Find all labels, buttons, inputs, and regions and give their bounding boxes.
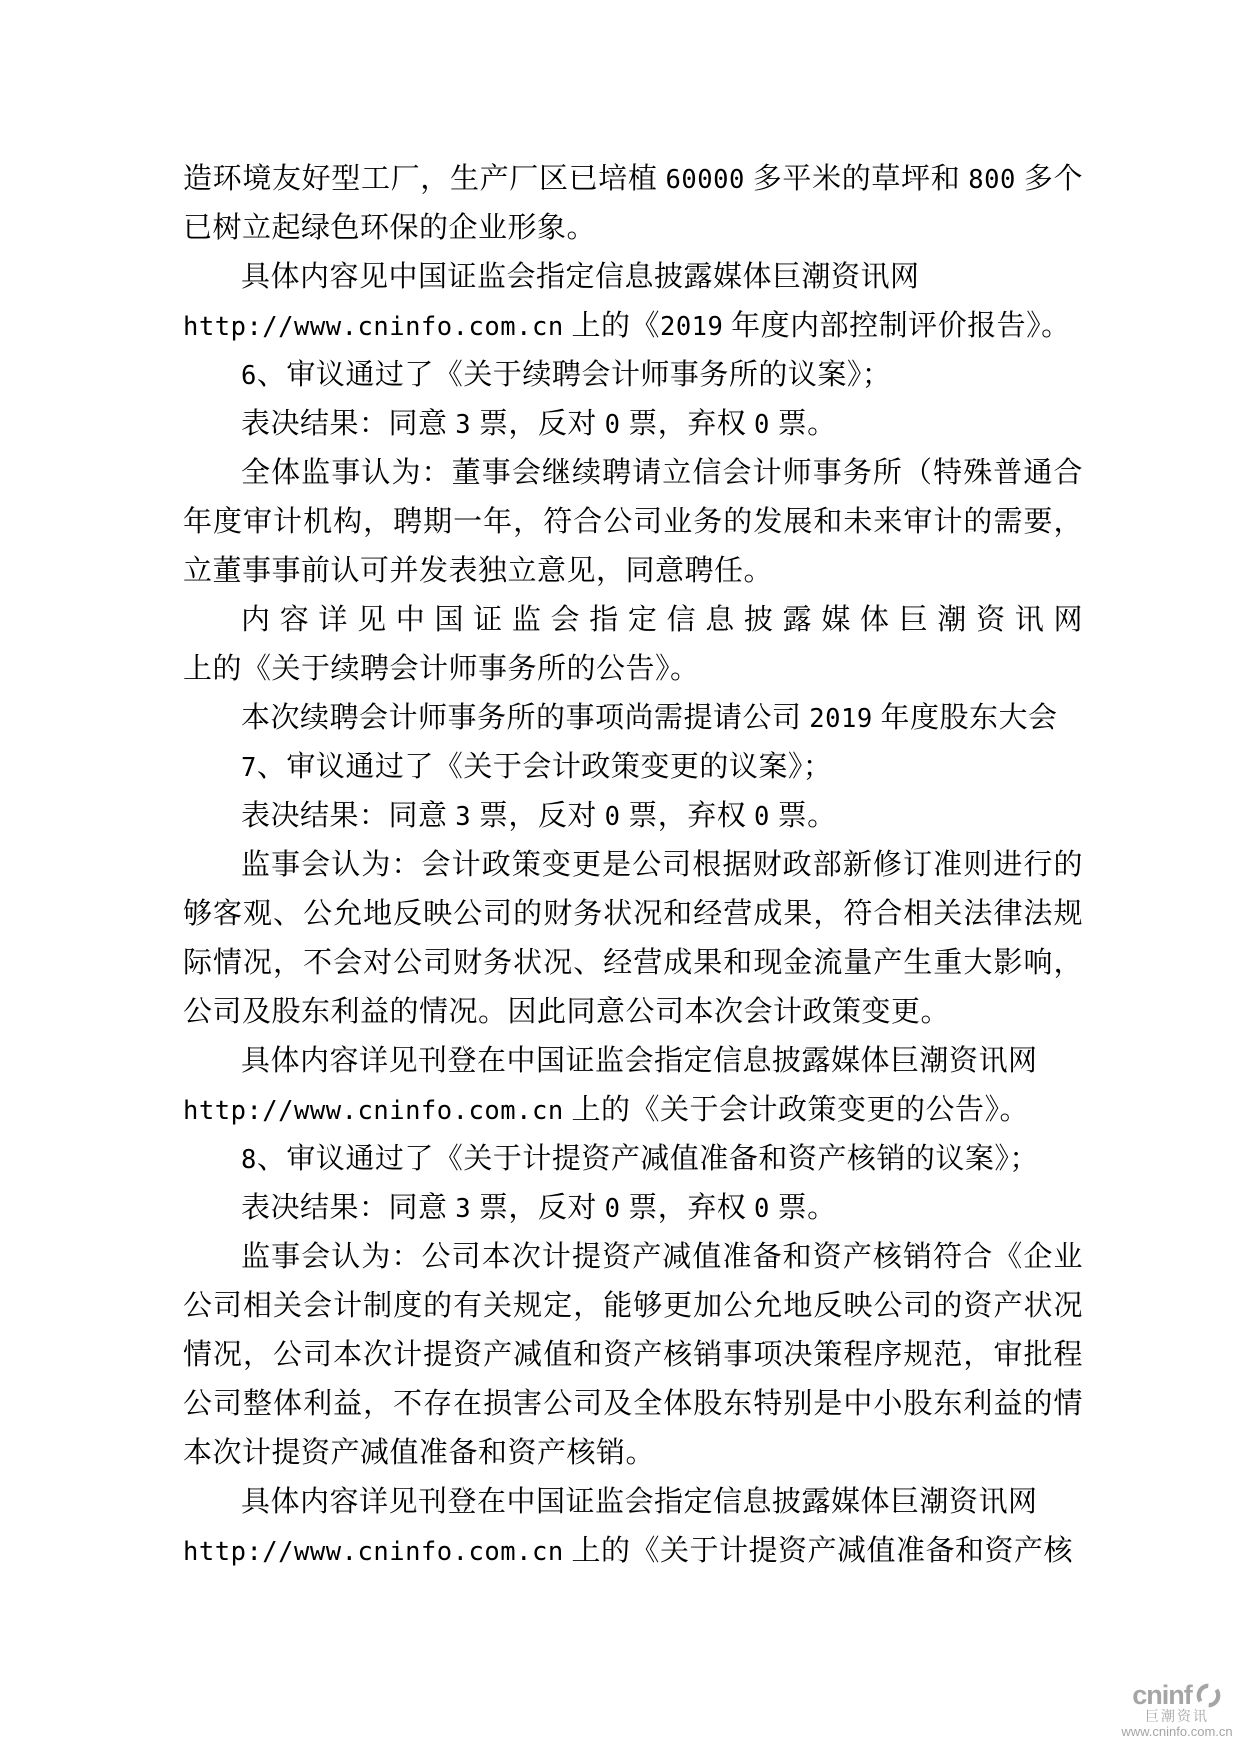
text-line: 已树立起绿色环保的企业形象。 — [183, 204, 1083, 253]
text-line: 表决结果：同意 3 票，反对 0 票，弃权 0 票。 — [183, 1184, 1083, 1233]
text-line: http://www.cninfo.com.cn 上的《关于会计政策变更的公告》… — [183, 1086, 1083, 1135]
text-line: 立董事事前认可并发表独立意见，同意聘任。 — [183, 547, 1083, 596]
text-line: 情况，公司本次计提资产减值和资产核销事项决策程序规范，审批程序合法，符合 — [183, 1331, 1083, 1380]
text-line: 表决结果：同意 3 票，反对 0 票，弃权 0 票。 — [183, 792, 1083, 841]
document-body: 造环境友好型工厂，生产厂区已培植 60000 多平米的草坪和 800 多个绿化带… — [183, 155, 1083, 1576]
text-line: 具体内容详见刊登在中国证监会指定信息披露媒体巨潮资讯网 — [183, 1037, 1083, 1086]
text-line: 际情况，不会对公司财务状况、经营成果和现金流量产生重大影响，亦不存在损害 — [183, 939, 1083, 988]
cninfo-brand-text: cninf — [1132, 1682, 1192, 1708]
text-line: 内容详见中国证监会指定信息披露媒体巨潮资讯网 http://www.cninfo… — [183, 596, 1083, 645]
document-page: 造环境友好型工厂，生产厂区已培植 60000 多平米的草坪和 800 多个绿化带… — [0, 0, 1241, 1754]
text-line: 够客观、公允地反映公司的财务状况和经营成果，符合相关法律法规规定和公司实 — [183, 890, 1083, 939]
text-line: 监事会认为：会计政策变更是公司根据财政部新修订准则进行的合理变更，能 — [183, 841, 1083, 890]
text-line: 6、审议通过了《关于续聘会计师事务所的议案》； — [183, 351, 1083, 400]
text-line: 8、审议通过了《关于计提资产减值准备和资产核销的议案》； — [183, 1135, 1083, 1184]
text-line: 本次续聘会计师事务所的事项尚需提请公司 2019 年度股东大会审议。 — [183, 694, 1083, 743]
text-line: http://www.cninfo.com.cn 上的《2019 年度内部控制评… — [183, 302, 1083, 351]
text-line: 公司整体利益，不存在损害公司及全体股东特别是中小股东利益的情况，同意公司 — [183, 1380, 1083, 1429]
cninfo-logo: cninf 巨潮资讯 www.cninfo.com.cn — [1115, 1682, 1239, 1740]
text-line: 造环境友好型工厂，生产厂区已培植 60000 多平米的草坪和 800 多个绿化带… — [183, 155, 1083, 204]
text-line: 年度审计机构，聘期一年，符合公司业务的发展和未来审计的需要，此事项已经独 — [183, 498, 1083, 547]
cninfo-swirl-icon — [1195, 1682, 1222, 1709]
text-line: 表决结果：同意 3 票，反对 0 票，弃权 0 票。 — [183, 400, 1083, 449]
text-line: 公司及股东利益的情况。因此同意公司本次会计政策变更。 — [183, 988, 1083, 1037]
text-line: 上的《关于续聘会计师事务所的公告》。 — [183, 645, 1083, 694]
cninfo-url: www.cninfo.com.cn — [1115, 1724, 1239, 1740]
text-line: http://www.cninfo.com.cn 上的《关于计提资产减值准备和资… — [183, 1527, 1083, 1576]
cninfo-brand-row: cninf — [1115, 1682, 1239, 1708]
text-line: 全体监事认为：董事会继续聘请立信会计师事务所（特殊普通合伙）为公司 2020 — [183, 449, 1083, 498]
text-line: 7、审议通过了《关于会计政策变更的议案》； — [183, 743, 1083, 792]
text-line: 监事会认为：公司本次计提资产减值准备和资产核销符合《企业会计准则》及 — [183, 1233, 1083, 1282]
text-line: 本次计提资产减值准备和资产核销。 — [183, 1429, 1083, 1478]
text-line: 公司相关会计制度的有关规定，能够更加公允地反映公司的资产状况符合公司实际 — [183, 1282, 1083, 1331]
cninfo-brand-cn: 巨潮资讯 — [1115, 1709, 1239, 1724]
text-line: 具体内容见中国证监会指定信息披露媒体巨潮资讯网 — [183, 253, 1083, 302]
text-line: 具体内容详见刊登在中国证监会指定信息披露媒体巨潮资讯网 — [183, 1478, 1083, 1527]
